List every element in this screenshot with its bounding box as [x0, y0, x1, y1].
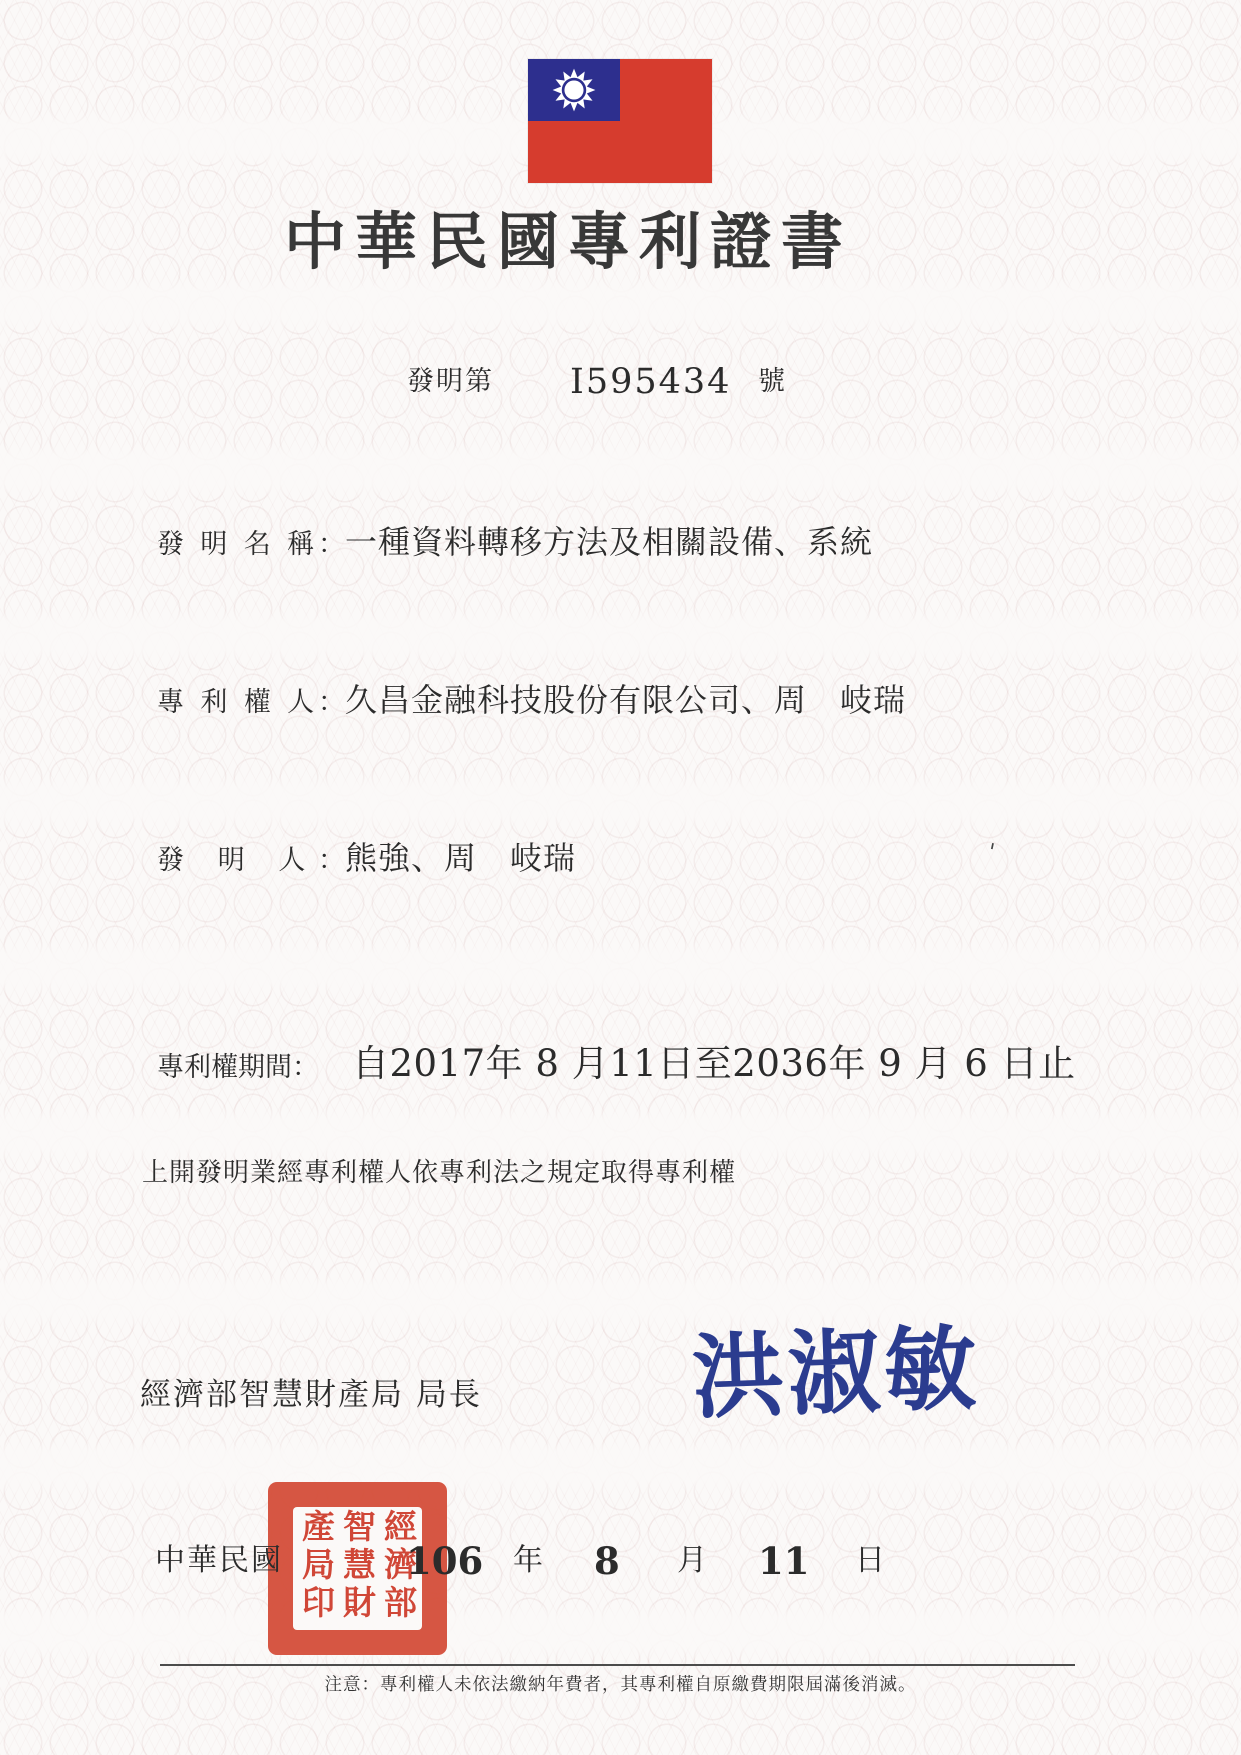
- date-day: 11: [758, 1538, 810, 1584]
- field-invention-title: 發 明 名 稱：一種資料轉移方法及相關設備、系統: [157, 520, 873, 570]
- field-value: 久昌金融科技股份有限公司、周 岐瑞: [345, 681, 906, 719]
- date-month-unit: 月: [677, 1538, 707, 1584]
- field-label: 專 利 權 人：: [157, 681, 345, 725]
- field-patentee: 專 利 權 人：久昌金融科技股份有限公司、周 岐瑞: [157, 678, 906, 728]
- flag-canton: [528, 59, 620, 121]
- grant-declaration: 上開發明業經專利權人依專利法之規定取得專利權: [142, 1156, 736, 1190]
- date-month: 8: [594, 1538, 620, 1584]
- field-label: 發 明 名 稱：: [157, 523, 345, 567]
- date-year-unit: 年: [513, 1538, 543, 1584]
- field-label: 專利權期間：: [157, 1046, 352, 1090]
- issuer-title: 經濟部智慧財產局 局長: [140, 1376, 482, 1414]
- certificate-title: 中華民國專利證書: [258, 192, 878, 281]
- patent-certificate-page: 中華民國專利證書 發明第 I595434 號 發 明 名 稱：一種資料轉移方法及…: [0, 0, 1241, 1755]
- date-year: 106: [406, 1538, 483, 1584]
- field-inventor: 發 明 人：熊強、周 岐瑞: [157, 836, 576, 886]
- issue-date-line: 中華民國 106 年 8 月 11 日: [0, 1538, 1241, 1584]
- patent-number-line: 發明第 I595434 號: [0, 360, 1241, 404]
- director-general-signature: 洪淑敏: [690, 1313, 982, 1433]
- field-label: 發 明 人：: [157, 839, 345, 883]
- field-patent-term: 專利權期間：自2017年 8 月11日至2036年 9 月 6 日止: [157, 1042, 1076, 1093]
- date-era: 中華民國: [155, 1538, 283, 1584]
- footer-divider: [160, 1664, 1075, 1666]
- date-day-unit: 日: [855, 1538, 885, 1584]
- scan-artifact-mark: ': [985, 840, 996, 866]
- field-value: 一種資料轉移方法及相關設備、系統: [345, 523, 873, 561]
- field-value: 熊強、周 岐瑞: [345, 839, 576, 877]
- patent-number-prefix: 發明第: [407, 360, 494, 404]
- taiwan-flag: [528, 59, 712, 183]
- patent-number-suffix: 號: [758, 360, 785, 404]
- field-value: 自2017年 8 月11日至2036年 9 月 6 日止: [352, 1042, 1076, 1085]
- sun-icon: [548, 64, 600, 116]
- footer-note: 注意：專利權人未依法繳納年費者，其專利權自原繳費期限屆滿後消滅。: [0, 1671, 1241, 1696]
- patent-number-value: I595434: [570, 360, 731, 404]
